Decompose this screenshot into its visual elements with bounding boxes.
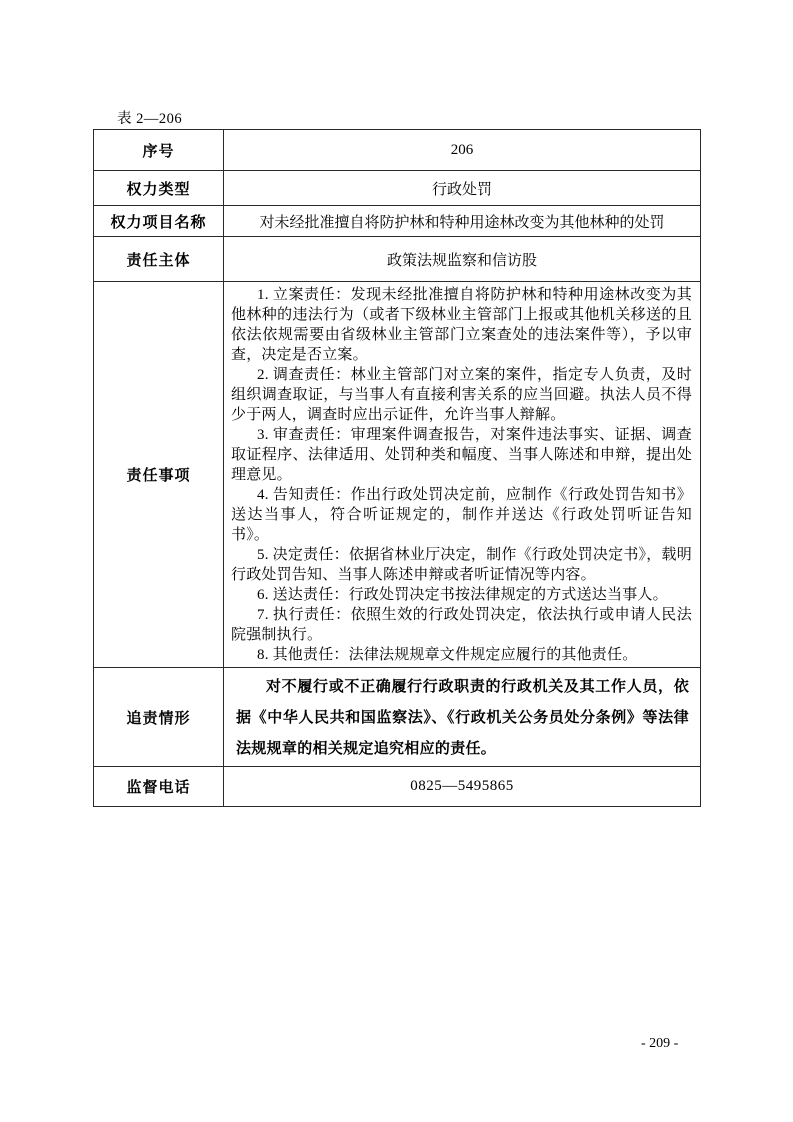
row-responsibility-items-label: 责任事项: [94, 282, 224, 668]
table-row: 责任事项 1. 立案责任：发现未经批准擅自将防护林和特种用途林改变为其他林种的违…: [94, 282, 701, 668]
duty-item-filing: 1. 立案责任：发现未经批准擅自将防护林和特种用途林改变为其他林种的违法行为（或…: [231, 285, 692, 365]
row-power-type-value: 行政处罚: [224, 171, 701, 206]
document-page: 表 2—206 序号 206 权力类型 行政处罚 权力项目名称 对未经批准擅自将…: [0, 0, 793, 1122]
duty-item-enforcement: 7. 执行责任：依照生效的行政处罚决定，依法执行或申请人民法院强制执行。: [231, 605, 692, 645]
row-supervision-phone-label: 监督电话: [94, 767, 224, 807]
row-accountability-label: 追责情形: [94, 668, 224, 767]
table-row: 序号 206: [94, 130, 701, 171]
duty-item-notification: 4. 告知责任：作出行政处罚决定前，应制作《行政处罚告知书》送达当事人，符合听证…: [231, 485, 692, 545]
page-number: - 209 -: [641, 1036, 678, 1052]
row-responsible-subject-value: 政策法规监察和信访股: [224, 237, 701, 282]
table-caption: 表 2—206: [117, 107, 182, 128]
row-power-item-name-label: 权力项目名称: [94, 206, 224, 237]
duty-item-delivery: 6. 送达责任：行政处罚决定书按法律规定的方式送达当事人。: [231, 585, 692, 605]
row-power-item-name-value: 对未经批准擅自将防护林和特种用途林改变为其他林种的处罚: [224, 206, 701, 237]
duty-item-decision: 5. 决定责任：依据省林业厅决定，制作《行政处罚决定书》，载明行政处罚告知、当事…: [231, 545, 692, 585]
table-row: 权力项目名称 对未经批准擅自将防护林和特种用途林改变为其他林种的处罚: [94, 206, 701, 237]
table-row: 追责情形 对不履行或不正确履行行政职责的行政机关及其工作人员，依据《中华人民共和…: [94, 668, 701, 767]
row-responsible-subject-label: 责任主体: [94, 237, 224, 282]
table-row: 权力类型 行政处罚: [94, 171, 701, 206]
row-power-type-label: 权力类型: [94, 171, 224, 206]
power-responsibility-table: 序号 206 权力类型 行政处罚 权力项目名称 对未经批准擅自将防护林和特种用途…: [93, 129, 701, 807]
row-serial-number-label: 序号: [94, 130, 224, 171]
row-accountability-value: 对不履行或不正确履行行政职责的行政机关及其工作人员，依据《中华人民共和国监察法》…: [224, 668, 701, 767]
table-row: 监督电话 0825—5495865: [94, 767, 701, 807]
accountability-text: 对不履行或不正确履行行政职责的行政机关及其工作人员，依据《中华人民共和国监察法》…: [236, 671, 689, 764]
duty-item-investigation: 2. 调查责任：林业主管部门对立案的案件，指定专人负责，及时组织调查取证，与当事…: [231, 365, 692, 425]
row-responsibility-items-value: 1. 立案责任：发现未经批准擅自将防护林和特种用途林改变为其他林种的违法行为（或…: [224, 282, 701, 668]
row-serial-number-value: 206: [224, 130, 701, 171]
duty-item-review: 3. 审查责任：审理案件调查报告，对案件违法事实、证据、调查取证程序、法律适用、…: [231, 425, 692, 485]
row-supervision-phone-value: 0825—5495865: [224, 767, 701, 807]
duty-item-other: 8. 其他责任：法律法规规章文件规定应履行的其他责任。: [231, 645, 692, 665]
table-row: 责任主体 政策法规监察和信访股: [94, 237, 701, 282]
